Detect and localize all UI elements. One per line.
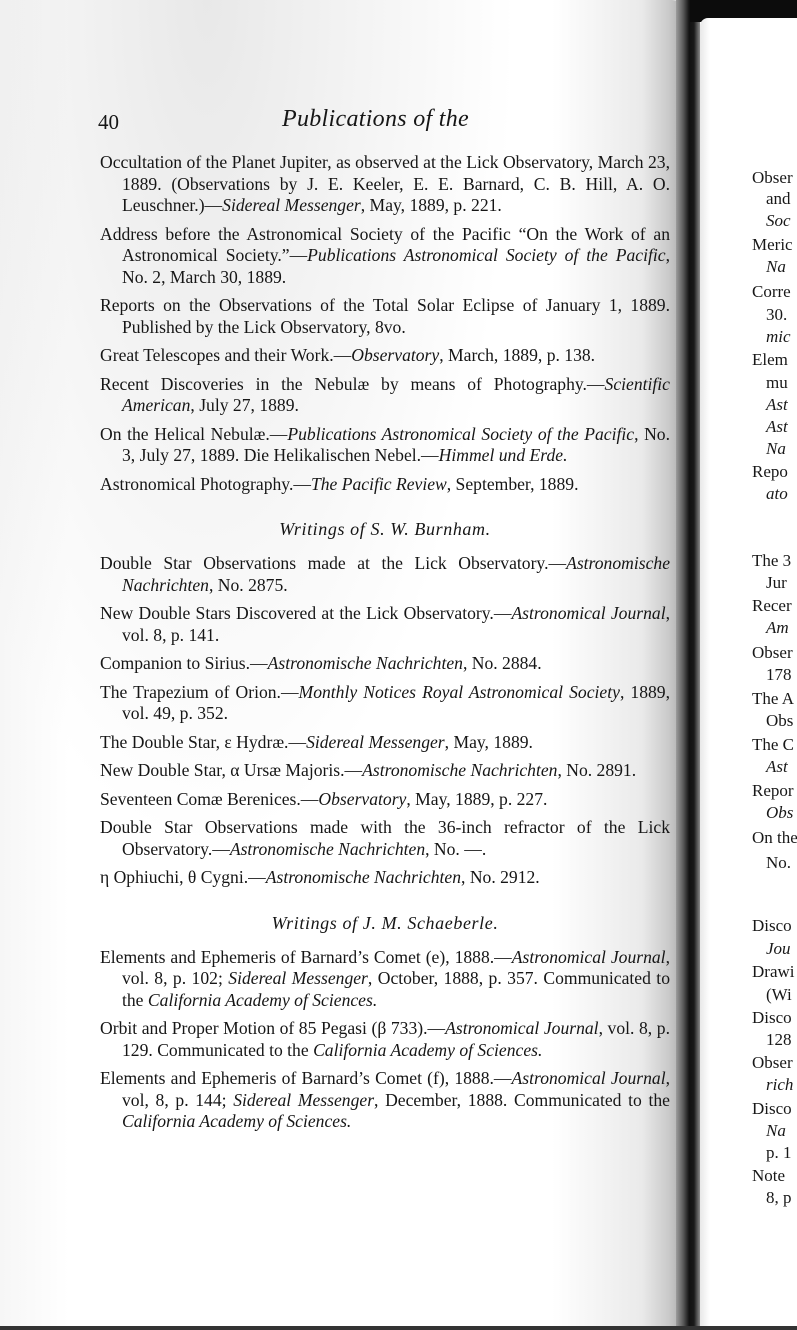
bibliography-entry: Address before the Astronomical Society … — [100, 224, 670, 289]
publication-title: Sidereal Messenger — [222, 195, 361, 215]
right-page-text-fragment: Obs — [752, 803, 793, 823]
bibliography-entry: New Double Star, α Ursæ Majoris.—Astrono… — [100, 760, 670, 782]
right-page-text-fragment: Na — [752, 439, 786, 459]
publication-title: California Academy of Sciences. — [148, 990, 377, 1010]
right-page-text-fragment: Disco — [752, 916, 792, 936]
right-page-text-fragment: Recer — [752, 596, 792, 616]
right-page-text-fragment: mic — [752, 327, 791, 347]
entry-text: , No. —. — [425, 839, 486, 859]
publication-title: California Academy of Sciences. — [313, 1040, 542, 1060]
publication-title: Astronomische Nachrichten — [268, 653, 463, 673]
entry-text: , March, 1889, p. 138. — [439, 345, 595, 365]
bibliography-entry: Great Telescopes and their Work.—Observa… — [100, 345, 670, 367]
right-page-text-fragment: Disco — [752, 1008, 792, 1028]
bibliography-entry: Astronomical Photography.—The Pacific Re… — [100, 474, 670, 496]
right-page-text-fragment: Ast — [752, 757, 788, 777]
publication-title: The Pacific Review — [311, 474, 447, 494]
right-page-text-fragment: Drawi — [752, 962, 794, 982]
bibliography-entry: Orbit and Proper Motion of 85 Pegasi (β … — [100, 1018, 670, 1061]
page-header: 40 Publications of the — [98, 106, 678, 136]
entry-text: Elements and Ephemeris of Barnard’s Come… — [100, 1068, 512, 1088]
right-page-text-fragment: 178 — [752, 665, 792, 685]
page-number: 40 — [98, 110, 119, 135]
bibliography-entry: Elements and Ephemeris of Barnard’s Come… — [100, 947, 670, 1012]
right-page-text-fragment: Note — [752, 1166, 785, 1186]
entry-text: , No. 2875. — [209, 575, 288, 595]
entry-text: Seventeen Comæ Berenices.— — [100, 789, 318, 809]
bibliography-entry: Occultation of the Planet Jupiter, as ob… — [100, 152, 670, 217]
bibliography-entry: Reports on the Observations of the Total… — [100, 295, 670, 338]
entry-text: , No. 2891. — [557, 760, 636, 780]
right-page-text-fragment: Repo — [752, 462, 788, 482]
publication-title: Astronomical Journal — [511, 603, 665, 623]
right-page-text-fragment: (Wi — [752, 985, 792, 1005]
book-gutter — [676, 0, 700, 1330]
section-heading: Writings of J. M. Schaeberle. — [100, 913, 670, 934]
right-page-text-fragment: Jou — [752, 939, 791, 959]
publication-title: Astronomische Nachrichten — [362, 760, 557, 780]
entry-text: Companion to Sirius.— — [100, 653, 268, 673]
entry-text: , May, 1889, p. 221. — [361, 195, 502, 215]
publication-title: Sidereal Messenger — [306, 732, 445, 752]
right-page-text-fragment: The A — [752, 689, 794, 709]
right-page-text-fragment: ato — [752, 484, 788, 504]
right-page-text-fragment: Obser — [752, 168, 793, 188]
bibliography-entry: Seventeen Comæ Berenices.—Observatory, M… — [100, 789, 670, 811]
publication-title: Observatory — [318, 789, 406, 809]
bibliography-content: Occultation of the Planet Jupiter, as ob… — [100, 152, 670, 1140]
entry-text: , No. 2912. — [461, 867, 540, 887]
right-page-text-fragment: 128 — [752, 1030, 792, 1050]
publication-title: Sidereal Messenger — [228, 968, 368, 988]
right-page-text-fragment: Ast — [752, 395, 788, 415]
right-page-text-fragment: Jur — [752, 573, 787, 593]
right-page-text-fragment: The C — [752, 735, 794, 755]
bibliography-entry: Companion to Sirius.—Astronomische Nachr… — [100, 653, 670, 675]
publication-title: Astronomical Journal — [512, 1068, 666, 1088]
section-heading: Writings of S. W. Burnham. — [100, 519, 670, 540]
bibliography-entry: Elements and Ephemeris of Barnard’s Come… — [100, 1068, 670, 1133]
entry-text: Reports on the Observations of the Total… — [100, 295, 670, 337]
right-page-text-fragment: and — [752, 189, 791, 209]
bibliography-entry: On the Helical Nebulæ.—Publications Astr… — [100, 424, 670, 467]
bibliography-entry: η Ophiuchi, θ Cygni.—Astronomische Nachr… — [100, 867, 670, 889]
publication-title: Astronomische Nachrichten — [230, 839, 425, 859]
right-page-text-fragment: No. — [752, 853, 791, 873]
publication-title: Himmel und Erde. — [439, 445, 568, 465]
entry-text: , May, 1889. — [445, 732, 533, 752]
right-page-text-fragment: On the — [752, 828, 797, 848]
entry-text: The Double Star, ε Hydræ.— — [100, 732, 306, 752]
entry-text: , December, 1888. Communicated to the — [374, 1090, 670, 1110]
right-page-text-fragment: Obs — [752, 711, 793, 731]
right-page-text-fragment: p. 1 — [752, 1143, 792, 1163]
entry-text: The Trapezium of Orion.— — [100, 682, 299, 702]
right-page-text-fragment: The 3 — [752, 551, 791, 571]
publication-title: Observatory — [351, 345, 439, 365]
entry-text: , No. 2884. — [463, 653, 542, 673]
publication-title: Sidereal Messenger — [233, 1090, 374, 1110]
right-page-text-fragment: Obser — [752, 643, 793, 663]
bibliography-entry: Double Star Observations made with the 3… — [100, 817, 670, 860]
publication-title: Publications Astronomical Society of the… — [307, 245, 665, 265]
running-title: Publications of the — [282, 106, 469, 133]
entry-text: Great Telescopes and their Work.— — [100, 345, 351, 365]
publication-title: Monthly Notices Royal Astronomical Socie… — [299, 682, 620, 702]
bibliography-entry: Double Star Observations made at the Lic… — [100, 553, 670, 596]
right-page-text-fragment: 30. — [752, 305, 787, 325]
bibliography-entry: New Double Stars Discovered at the Lick … — [100, 603, 670, 646]
right-page-text-fragment: mu — [752, 373, 788, 393]
entry-text: Orbit and Proper Motion of 85 Pegasi (β … — [100, 1018, 445, 1038]
publication-title: Astronomical Journal — [445, 1018, 598, 1038]
entry-text: , May, 1889, p. 227. — [406, 789, 547, 809]
entry-text: , July 27, 1889. — [190, 395, 299, 415]
entry-text: η Ophiuchi, θ Cygni.— — [100, 867, 266, 887]
right-page-text-fragment: Repor — [752, 781, 794, 801]
right-page-text-fragment: Corre — [752, 282, 791, 302]
entry-text: New Double Star, α Ursæ Majoris.— — [100, 760, 362, 780]
entry-text: Recent Discoveries in the Nebulæ by mean… — [100, 374, 605, 394]
entry-text: New Double Stars Discovered at the Lick … — [100, 603, 511, 623]
right-page-text-fragment: Meric — [752, 235, 793, 255]
publication-title: Publications Astronomical Society of the… — [287, 424, 634, 444]
publication-title: California Academy of Sciences. — [122, 1111, 351, 1131]
right-page-text-fragment: Obser — [752, 1053, 793, 1073]
right-page-text-fragment: Soc — [752, 211, 791, 231]
entry-text: , September, 1889. — [447, 474, 579, 494]
bottom-edge — [0, 1326, 797, 1330]
right-page-text-fragment: Ast — [752, 417, 788, 437]
right-page-text-fragment: 8, p — [752, 1188, 792, 1208]
publication-title: Astronomische Nachrichten — [266, 867, 461, 887]
publication-title: Astronomical Journal — [512, 947, 666, 967]
left-page: 40 Publications of the Occultation of th… — [0, 0, 690, 1330]
right-page-text-fragment: Disco — [752, 1099, 792, 1119]
right-page-text-fragment: Na — [752, 1121, 786, 1141]
bibliography-entry: The Double Star, ε Hydræ.—Sidereal Messe… — [100, 732, 670, 754]
entry-text: On the Helical Nebulæ.— — [100, 424, 287, 444]
bibliography-entry: The Trapezium of Orion.—Monthly Notices … — [100, 682, 670, 725]
right-page-text-fragment: rich — [752, 1075, 793, 1095]
right-page-text-fragment: Na — [752, 257, 786, 277]
entry-text: Astronomical Photography.— — [100, 474, 311, 494]
bibliography-entry: Recent Discoveries in the Nebulæ by mean… — [100, 374, 670, 417]
right-page-text-fragment: Am — [752, 618, 789, 638]
right-page-fragment: ObserandSocMericNaCorre30.micElemmuAstAs… — [700, 18, 797, 1330]
entry-text: Elements and Ephemeris of Barnard’s Come… — [100, 947, 512, 967]
right-page-text-fragment: Elem — [752, 350, 788, 370]
entry-text: Double Star Observations made at the Lic… — [100, 553, 566, 573]
